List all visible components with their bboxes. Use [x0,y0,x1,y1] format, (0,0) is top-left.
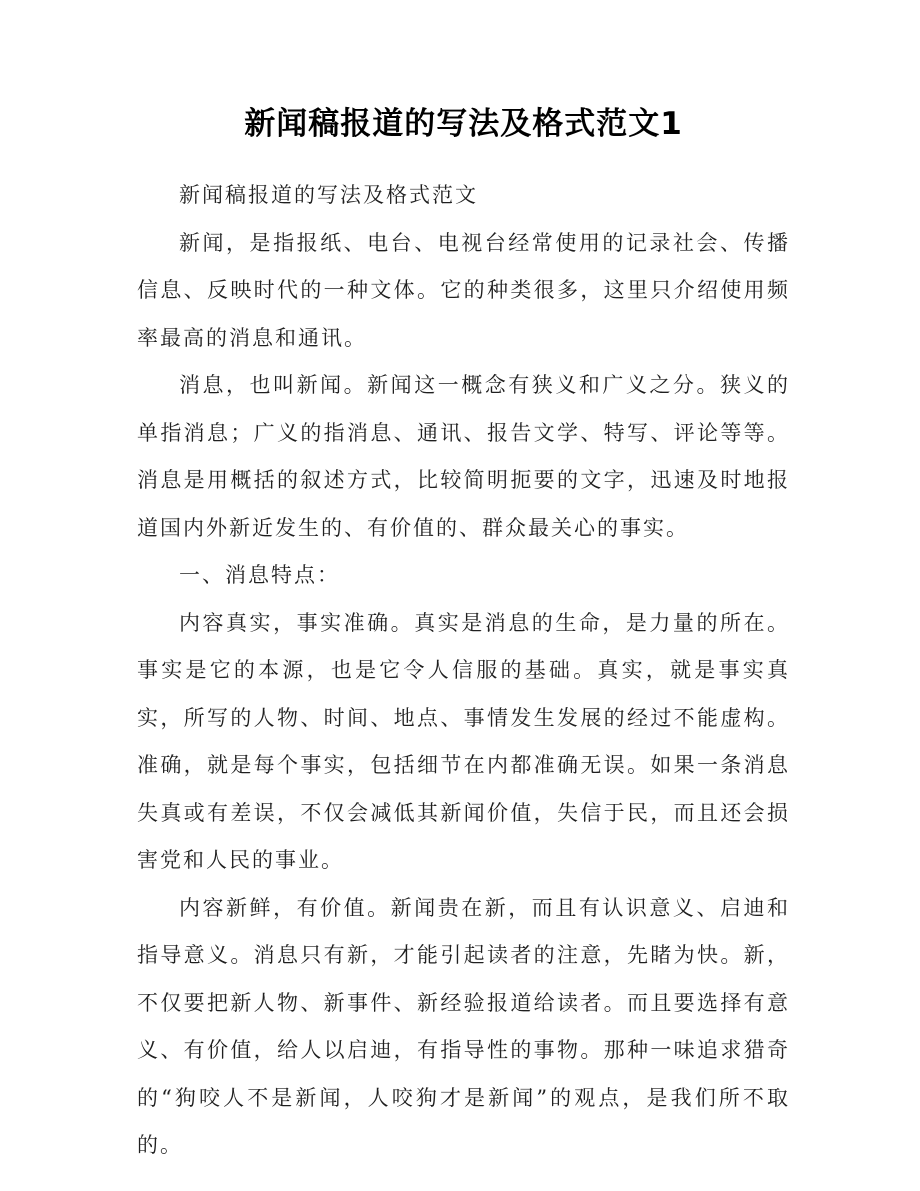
paragraph: 新闻，是指报纸、电台、电视台经常使用的记录社会、传播信息、反映时代的一种文体。它… [137,220,790,363]
document-title: 新闻稿报道的写法及格式范文1 [137,100,790,148]
paragraph-section-heading: 一、消息特点： [137,552,790,600]
document-body: 新闻稿报道的写法及格式范文 新闻，是指报纸、电台、电视台经常使用的记录社会、传播… [137,172,790,1170]
document-page: 新闻稿报道的写法及格式范文1 新闻稿报道的写法及格式范文 新闻，是指报纸、电台、… [0,0,920,1191]
paragraph: 内容真实，事实准确。真实是消息的生命，是力量的所在。事实是它的本源，也是它令人信… [137,600,790,885]
paragraph: 消息，也叫新闻。新闻这一概念有狭义和广义之分。狭义的单指消息；广义的指消息、通讯… [137,362,790,552]
paragraph-subtitle: 新闻稿报道的写法及格式范文 [137,172,790,220]
paragraph: 内容新鲜，有价值。新闻贵在新，而且有认识意义、启迪和指导意义。消息只有新，才能引… [137,885,790,1170]
